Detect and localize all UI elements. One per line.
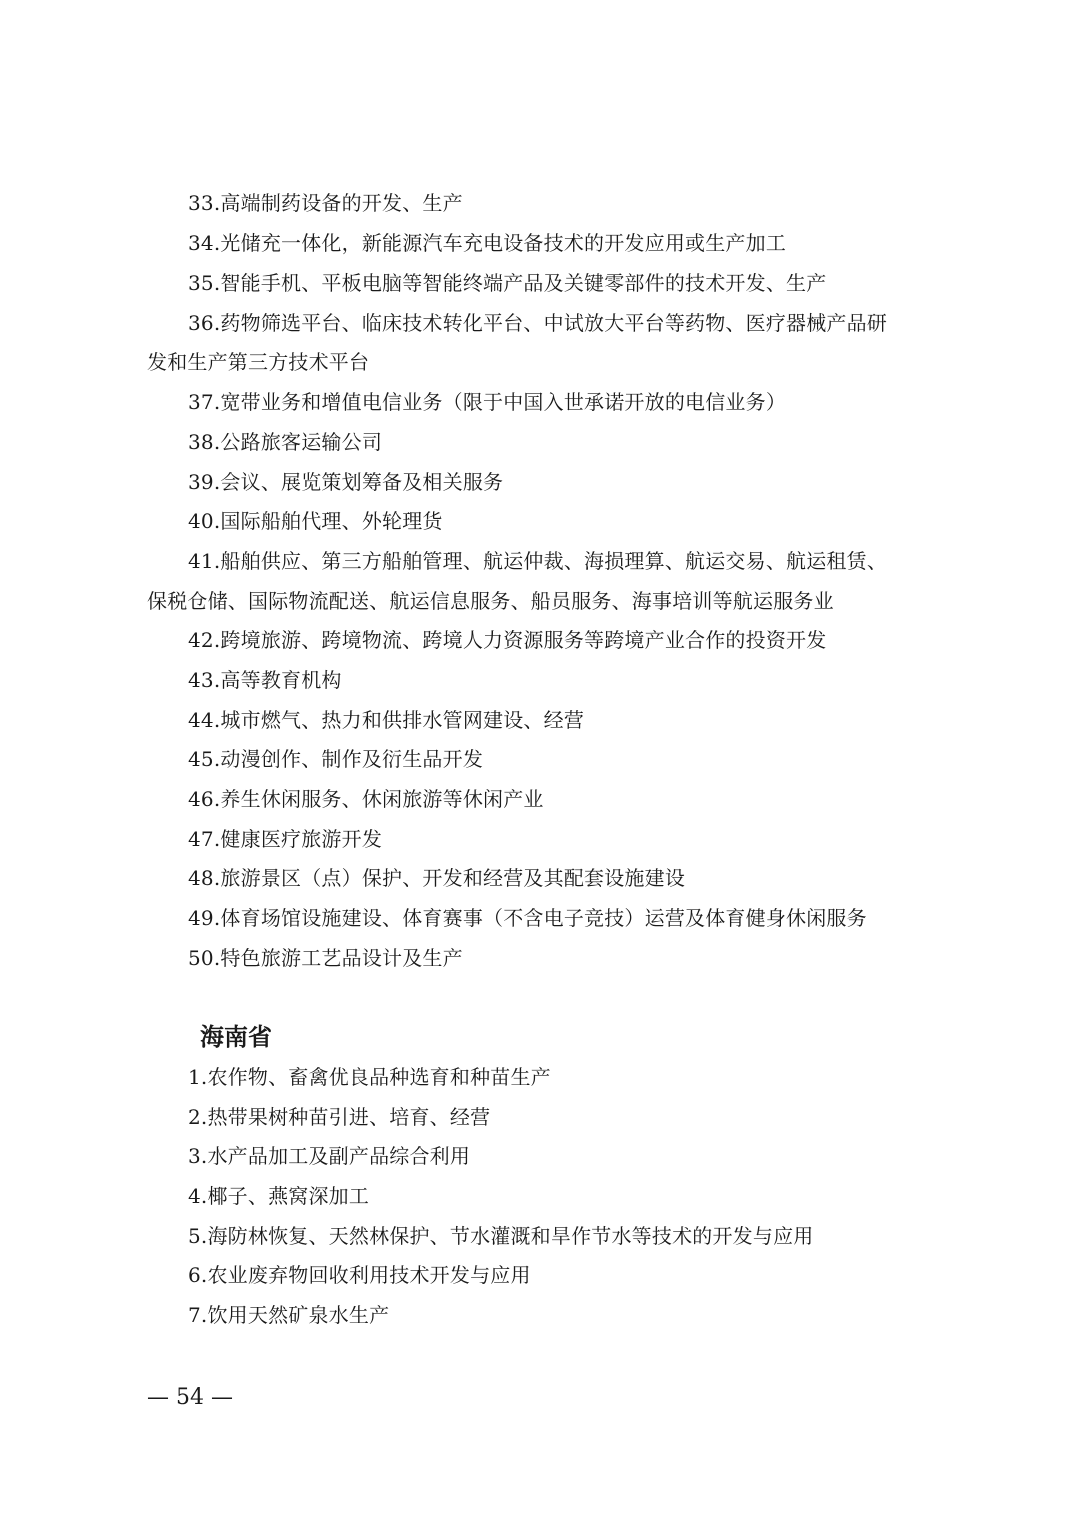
list-item-47: 47.健康医疗旅游开发	[188, 825, 382, 853]
item-number: 1.	[188, 1065, 207, 1089]
item-text: 体育场馆设施建设、体育赛事（不含电子竞技）运营及体育健身休闲服务	[220, 906, 866, 930]
item-number: 34.	[188, 231, 220, 255]
item-text: 健康医疗旅游开发	[220, 827, 382, 851]
item-number: 45.	[188, 747, 220, 771]
item-text: 海防林恢复、天然林保护、节水灌溉和旱作节水等技术的开发与应用	[207, 1224, 813, 1248]
section-heading-hainan: 海南省	[200, 1021, 272, 1053]
item-text: 椰子、燕窝深加工	[207, 1184, 369, 1208]
list-item-44: 44.城市燃气、热力和供排水管网建设、经营	[188, 706, 584, 734]
item-number: 38.	[188, 430, 220, 454]
item-number: 44.	[188, 708, 220, 732]
list-item-40: 40.国际船舶代理、外轮理货	[188, 507, 443, 535]
list-item-1: 1.农作物、畜禽优良品种选育和种苗生产	[188, 1063, 551, 1091]
list-item-46: 46.养生休闲服务、休闲旅游等休闲产业	[188, 785, 544, 813]
list-item-33: 33.高端制药设备的开发、生产	[188, 189, 463, 217]
item-number: 6.	[188, 1263, 207, 1287]
item-number: 36.	[188, 311, 220, 335]
list-item-38: 38.公路旅客运输公司	[188, 428, 382, 456]
item-text: 智能手机、平板电脑等智能终端产品及关键零部件的技术开发、生产	[220, 271, 826, 295]
item-number: 43.	[188, 668, 220, 692]
item-text: 宽带业务和增值电信业务（限于中国入世承诺开放的电信业务）	[220, 390, 786, 414]
item-number: 39.	[188, 470, 220, 494]
item-text: 热带果树种苗引进、培育、经营	[207, 1105, 490, 1129]
item-number: 2.	[188, 1105, 207, 1129]
item-text: 船舶供应、第三方船舶管理、航运仲裁、海损理算、航运交易、航运租赁、	[220, 549, 887, 573]
item-number: 37.	[188, 390, 220, 414]
item-number: 33.	[188, 191, 220, 215]
list-item-37: 37.宽带业务和增值电信业务（限于中国入世承诺开放的电信业务）	[188, 388, 786, 416]
list-item-36: 36.药物筛选平台、临床技术转化平台、中试放大平台等药物、医疗器械产品研	[188, 309, 887, 337]
item-text: 光储充一体化，新能源汽车充电设备技术的开发应用或生产加工	[220, 231, 786, 255]
item-number: 35.	[188, 271, 220, 295]
item-text: 高等教育机构	[220, 668, 341, 692]
list-item-3: 3.水产品加工及副产品综合利用	[188, 1142, 470, 1170]
item-text: 高端制药设备的开发、生产	[220, 191, 462, 215]
list-item-7: 7.饮用天然矿泉水生产	[188, 1301, 389, 1329]
item-number: 4.	[188, 1184, 207, 1208]
item-text: 农业废弃物回收利用技术开发与应用	[207, 1263, 530, 1287]
list-item-41-continuation: 保税仓储、国际物流配送、航运信息服务、船员服务、海事培训等航运服务业	[147, 587, 834, 615]
item-text: 跨境旅游、跨境物流、跨境人力资源服务等跨境产业合作的投资开发	[220, 628, 826, 652]
list-item-6: 6.农业废弃物回收利用技术开发与应用	[188, 1261, 531, 1289]
list-item-36-continuation: 发和生产第三方技术平台	[147, 348, 369, 376]
item-text: 药物筛选平台、临床技术转化平台、中试放大平台等药物、医疗器械产品研	[220, 311, 887, 335]
item-number: 5.	[188, 1224, 207, 1248]
list-item-5: 5.海防林恢复、天然林保护、节水灌溉和旱作节水等技术的开发与应用	[188, 1222, 813, 1250]
page-number: — 54 —	[147, 1383, 233, 1413]
item-text: 国际船舶代理、外轮理货	[220, 509, 442, 533]
list-item-50: 50.特色旅游工艺品设计及生产	[188, 944, 463, 972]
list-item-35: 35.智能手机、平板电脑等智能终端产品及关键零部件的技术开发、生产	[188, 269, 826, 297]
item-number: 47.	[188, 827, 220, 851]
item-text: 公路旅客运输公司	[220, 430, 382, 454]
item-text: 特色旅游工艺品设计及生产	[220, 946, 462, 970]
list-item-2: 2.热带果树种苗引进、培育、经营	[188, 1103, 490, 1131]
item-text: 饮用天然矿泉水生产	[207, 1303, 389, 1327]
list-item-34: 34.光储充一体化，新能源汽车充电设备技术的开发应用或生产加工	[188, 229, 786, 257]
list-item-42: 42.跨境旅游、跨境物流、跨境人力资源服务等跨境产业合作的投资开发	[188, 626, 826, 654]
item-text: 养生休闲服务、休闲旅游等休闲产业	[220, 787, 543, 811]
item-text: 水产品加工及副产品综合利用	[207, 1144, 470, 1168]
list-item-41: 41.船舶供应、第三方船舶管理、航运仲裁、海损理算、航运交易、航运租赁、	[188, 547, 887, 575]
item-text: 动漫创作、制作及衍生品开发	[220, 747, 483, 771]
item-number: 40.	[188, 509, 220, 533]
item-number: 3.	[188, 1144, 207, 1168]
item-text: 农作物、畜禽优良品种选育和种苗生产	[207, 1065, 550, 1089]
item-number: 41.	[188, 549, 220, 573]
list-item-43: 43.高等教育机构	[188, 666, 342, 694]
item-number: 46.	[188, 787, 220, 811]
list-item-49: 49.体育场馆设施建设、体育赛事（不含电子竞技）运营及体育健身休闲服务	[188, 904, 867, 932]
item-number: 7.	[188, 1303, 207, 1327]
list-item-39: 39.会议、展览策划筹备及相关服务	[188, 468, 503, 496]
item-number: 49.	[188, 906, 220, 930]
item-number: 48.	[188, 866, 220, 890]
list-item-48: 48.旅游景区（点）保护、开发和经营及其配套设施建设	[188, 864, 685, 892]
item-text: 旅游景区（点）保护、开发和经营及其配套设施建设	[220, 866, 685, 890]
item-text: 城市燃气、热力和供排水管网建设、经营	[220, 708, 584, 732]
item-number: 50.	[188, 946, 220, 970]
item-number: 42.	[188, 628, 220, 652]
item-text: 会议、展览策划筹备及相关服务	[220, 470, 503, 494]
list-item-45: 45.动漫创作、制作及衍生品开发	[188, 745, 483, 773]
list-item-4: 4.椰子、燕窝深加工	[188, 1182, 369, 1210]
